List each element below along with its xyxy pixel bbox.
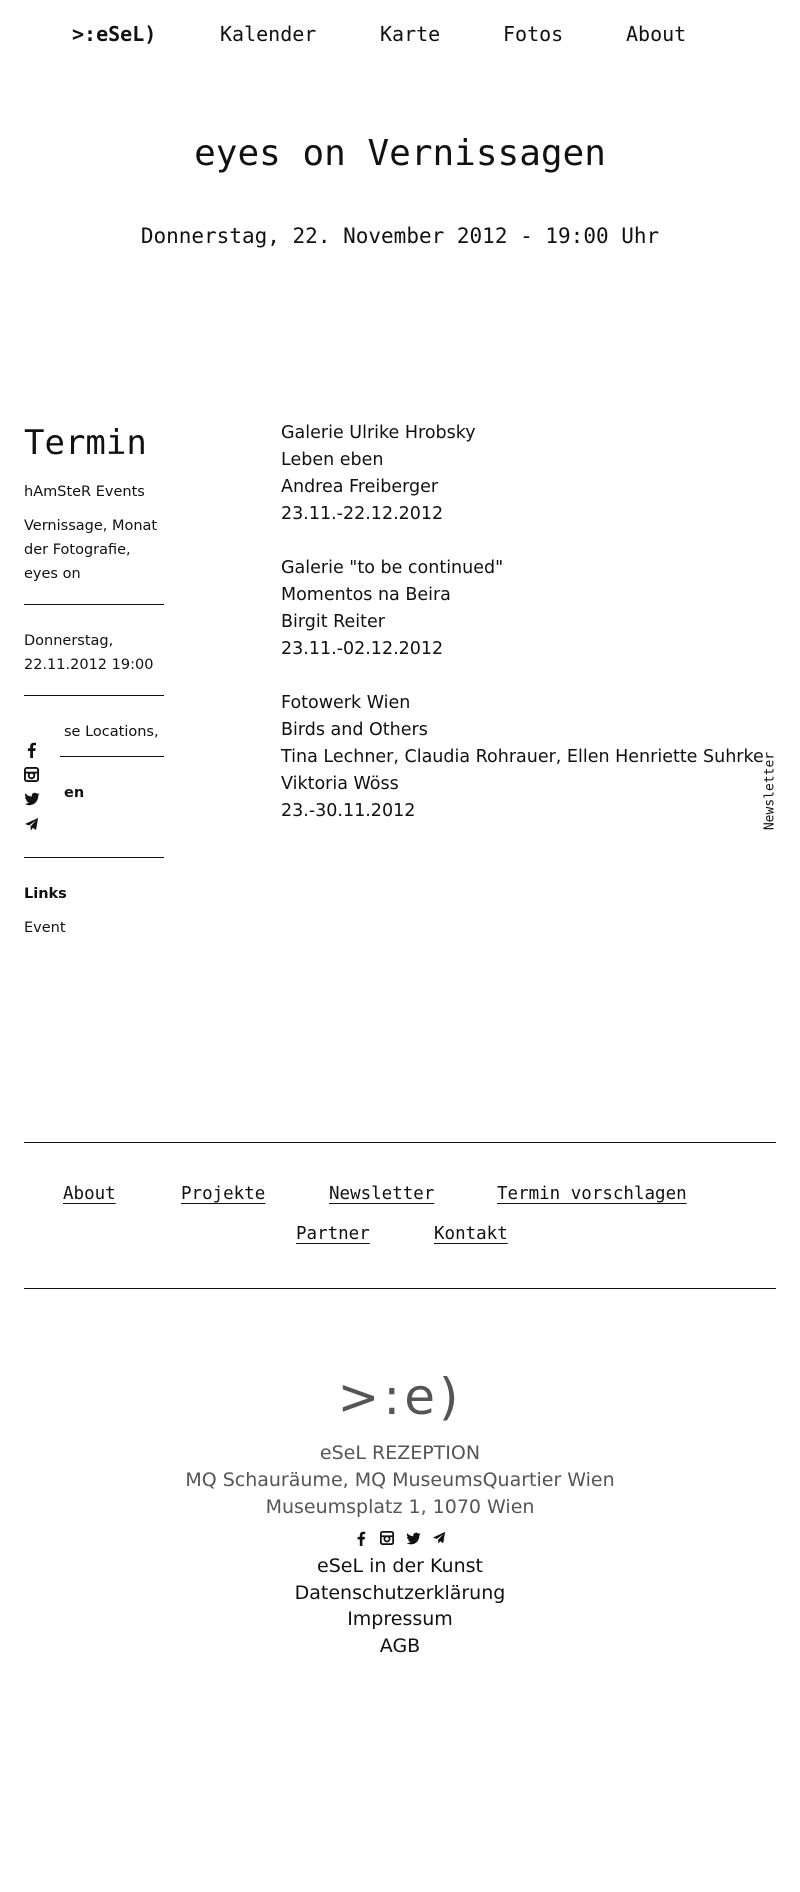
footer-divider-bottom (24, 1288, 776, 1289)
newsletter-tab[interactable]: Newsletter (760, 750, 780, 832)
artist-names: Birgit Reiter (281, 609, 751, 636)
footer-link-esel-in-der-kunst[interactable]: eSeL in der Kunst (0, 1553, 800, 1580)
nav-kalender[interactable]: Kalender (220, 22, 316, 46)
links-item: Event (24, 916, 164, 940)
nav-fotos[interactable]: Fotos (503, 22, 563, 46)
footer-link-about[interactable]: About (63, 1184, 116, 1204)
instagram-icon[interactable] (379, 1531, 395, 1547)
event-link[interactable]: Event (24, 920, 66, 936)
divider (24, 857, 164, 858)
event-date: Donnerstag, 22.11.2012 19:00 (24, 629, 164, 677)
address-name: eSeL REZEPTION (0, 1440, 800, 1467)
newsletter-tab-label: Newsletter (763, 752, 778, 830)
footer-link-kontakt[interactable]: Kontakt (434, 1224, 508, 1244)
artist-names: Viktoria Wöss (281, 771, 751, 798)
exhibition-dates: 23.11.-22.12.2012 (281, 501, 751, 528)
locations-link[interactable]: se Locations, (64, 724, 159, 740)
footer-social-icons (0, 1530, 800, 1548)
social-sidebar (20, 738, 60, 842)
event-tags-link[interactable]: Vernissage, Monat der Fotografie, eyes o… (24, 518, 157, 582)
exhibition-title: Momentos na Beira (281, 582, 751, 609)
address-venue: MQ Schauräume, MQ MuseumsQuartier Wien (0, 1467, 800, 1494)
footer-link-termin-vorschlagen[interactable]: Termin vorschlagen (497, 1184, 687, 1204)
footer-link-agb[interactable]: AGB (0, 1633, 800, 1660)
exhibition-dates: 23.-30.11.2012 (281, 798, 751, 825)
event-sidebar: Termin hAmSteR Events Vernissage, Monat … (24, 420, 164, 950)
instagram-icon[interactable] (24, 767, 42, 785)
export-heading-text: en (64, 785, 84, 801)
event-date-line2: 22.11.2012 19:00 (24, 657, 153, 673)
footer-logo: >:e) (0, 1368, 800, 1426)
footer-link-impressum[interactable]: Impressum (0, 1606, 800, 1633)
footer-link-newsletter[interactable]: Newsletter (329, 1184, 434, 1204)
top-navigation: >:eSeL) Kalender Karte Fotos About (0, 22, 800, 52)
event-datetime: Donnerstag, 22. November 2012 - 19:00 Uh… (0, 224, 800, 248)
event-tags: Vernissage, Monat der Fotografie, eyes o… (24, 514, 164, 586)
divider (24, 695, 164, 696)
organizer-link[interactable]: hAmSteR Events (24, 484, 145, 500)
exhibition-entry: Galerie "to be continued" Momentos na Be… (281, 555, 751, 663)
exhibition-dates: 23.11.-02.12.2012 (281, 636, 751, 663)
gallery-name: Galerie Ulrike Hrobsky (281, 420, 751, 447)
footer-link-projekte[interactable]: Projekte (181, 1184, 265, 1204)
telegram-icon[interactable] (24, 817, 42, 835)
links-heading: Links (24, 882, 164, 906)
exhibition-entry: Galerie Ulrike Hrobsky Leben eben Andrea… (281, 420, 751, 528)
exhibition-entry: Fotowerk Wien Birds and Others Tina Lech… (281, 690, 751, 825)
nav-karte[interactable]: Karte (380, 22, 440, 46)
twitter-icon[interactable] (405, 1531, 421, 1547)
telegram-icon[interactable] (431, 1531, 447, 1547)
twitter-icon[interactable] (24, 791, 42, 809)
site-logo-link[interactable]: >:eSeL) (72, 22, 156, 46)
nav-about[interactable]: About (626, 22, 686, 46)
exhibition-title: Birds and Others (281, 717, 751, 744)
footer-link-datenschutz[interactable]: Datenschutzerklärung (0, 1580, 800, 1607)
facebook-icon[interactable] (24, 742, 42, 760)
footer-link-partner[interactable]: Partner (296, 1224, 370, 1244)
footer-divider-top (24, 1142, 776, 1143)
divider (24, 604, 164, 605)
event-description: Galerie Ulrike Hrobsky Leben eben Andrea… (281, 420, 751, 852)
exhibition-title: Leben eben (281, 447, 751, 474)
artist-names: Tina Lechner, Claudia Rohrauer, Ellen He… (281, 744, 751, 771)
event-title: eyes on Vernissagen (0, 133, 800, 174)
event-date-line1: Donnerstag, (24, 633, 113, 649)
gallery-name: Galerie "to be continued" (281, 555, 751, 582)
footer-address: eSeL REZEPTION MQ Schauräume, MQ Museums… (0, 1440, 800, 1521)
footer-links: eSeL in der Kunst Datenschutzerklärung I… (0, 1553, 800, 1659)
artist-names: Andrea Freiberger (281, 474, 751, 501)
facebook-icon[interactable] (353, 1531, 369, 1547)
gallery-name: Fotowerk Wien (281, 690, 751, 717)
address-street: Museumsplatz 1, 1070 Wien (0, 1494, 800, 1521)
organizer: hAmSteR Events (24, 480, 164, 504)
sidebar-heading: Termin (24, 420, 164, 466)
